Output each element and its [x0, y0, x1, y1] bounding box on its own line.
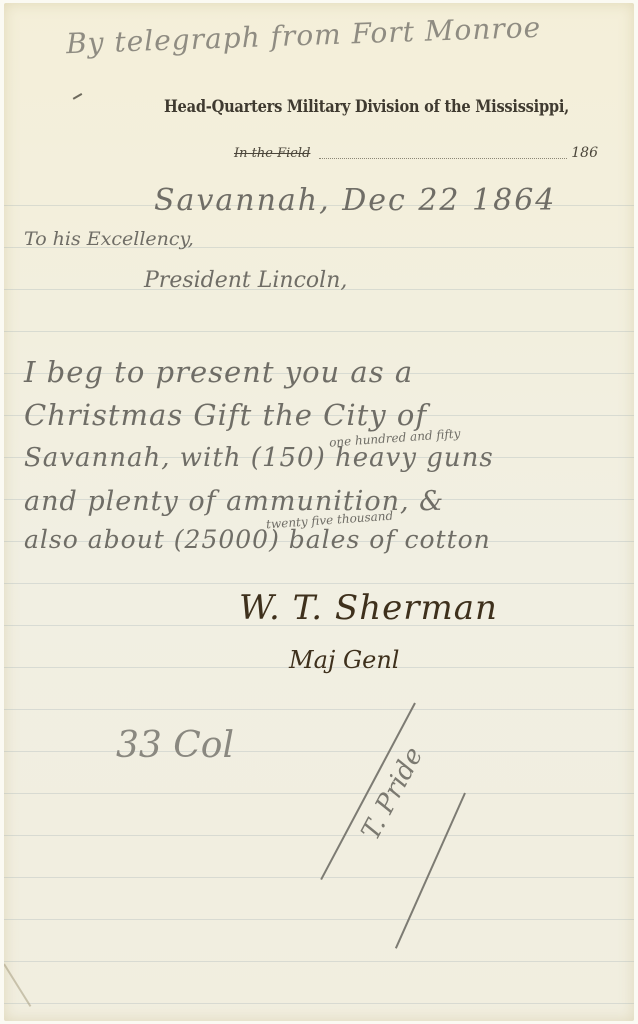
signature: W. T. Sherman	[239, 588, 498, 628]
pencil-stroke	[395, 793, 466, 949]
struck-place: In the Field	[234, 146, 310, 161]
ruled-line	[4, 877, 634, 878]
dotted-fill	[319, 158, 567, 159]
salutation-line-1: To his Excellency,	[24, 228, 194, 250]
year-prefix: 186	[571, 145, 598, 161]
ruled-line	[4, 751, 634, 752]
salutation-line-2: President Lincoln,	[144, 268, 347, 293]
body-line: I beg to present you as a	[24, 355, 413, 389]
letterhead: Head-Quarters Military Division of the M…	[164, 97, 569, 117]
ruled-line	[4, 583, 634, 584]
paper-blemish	[73, 93, 86, 105]
corner-fold	[4, 963, 31, 1006]
ruled-line	[4, 709, 634, 710]
dateline: Savannah, Dec 22 1864	[154, 183, 556, 218]
telegraph-annotation: By telegraph from Fort Monroe	[66, 11, 542, 61]
ruled-line	[4, 919, 634, 920]
signature-rank: Maj Genl	[289, 646, 399, 674]
ruled-line	[4, 793, 634, 794]
place-date-line: In the Field 186	[234, 146, 604, 164]
letter-sheet: By telegraph from Fort Monroe Head-Quart…	[4, 3, 634, 1021]
ruled-line	[4, 331, 634, 332]
body-line: Christmas Gift the City of	[24, 398, 427, 432]
body-line: Savannah, with (150) heavy guns	[24, 443, 494, 473]
ruled-line	[4, 961, 634, 962]
ruled-line	[4, 835, 634, 836]
body-line: also about (25000) bales of cotton	[24, 525, 491, 554]
pencil-note: 33 Col	[116, 725, 234, 766]
ruled-line	[4, 1003, 634, 1004]
